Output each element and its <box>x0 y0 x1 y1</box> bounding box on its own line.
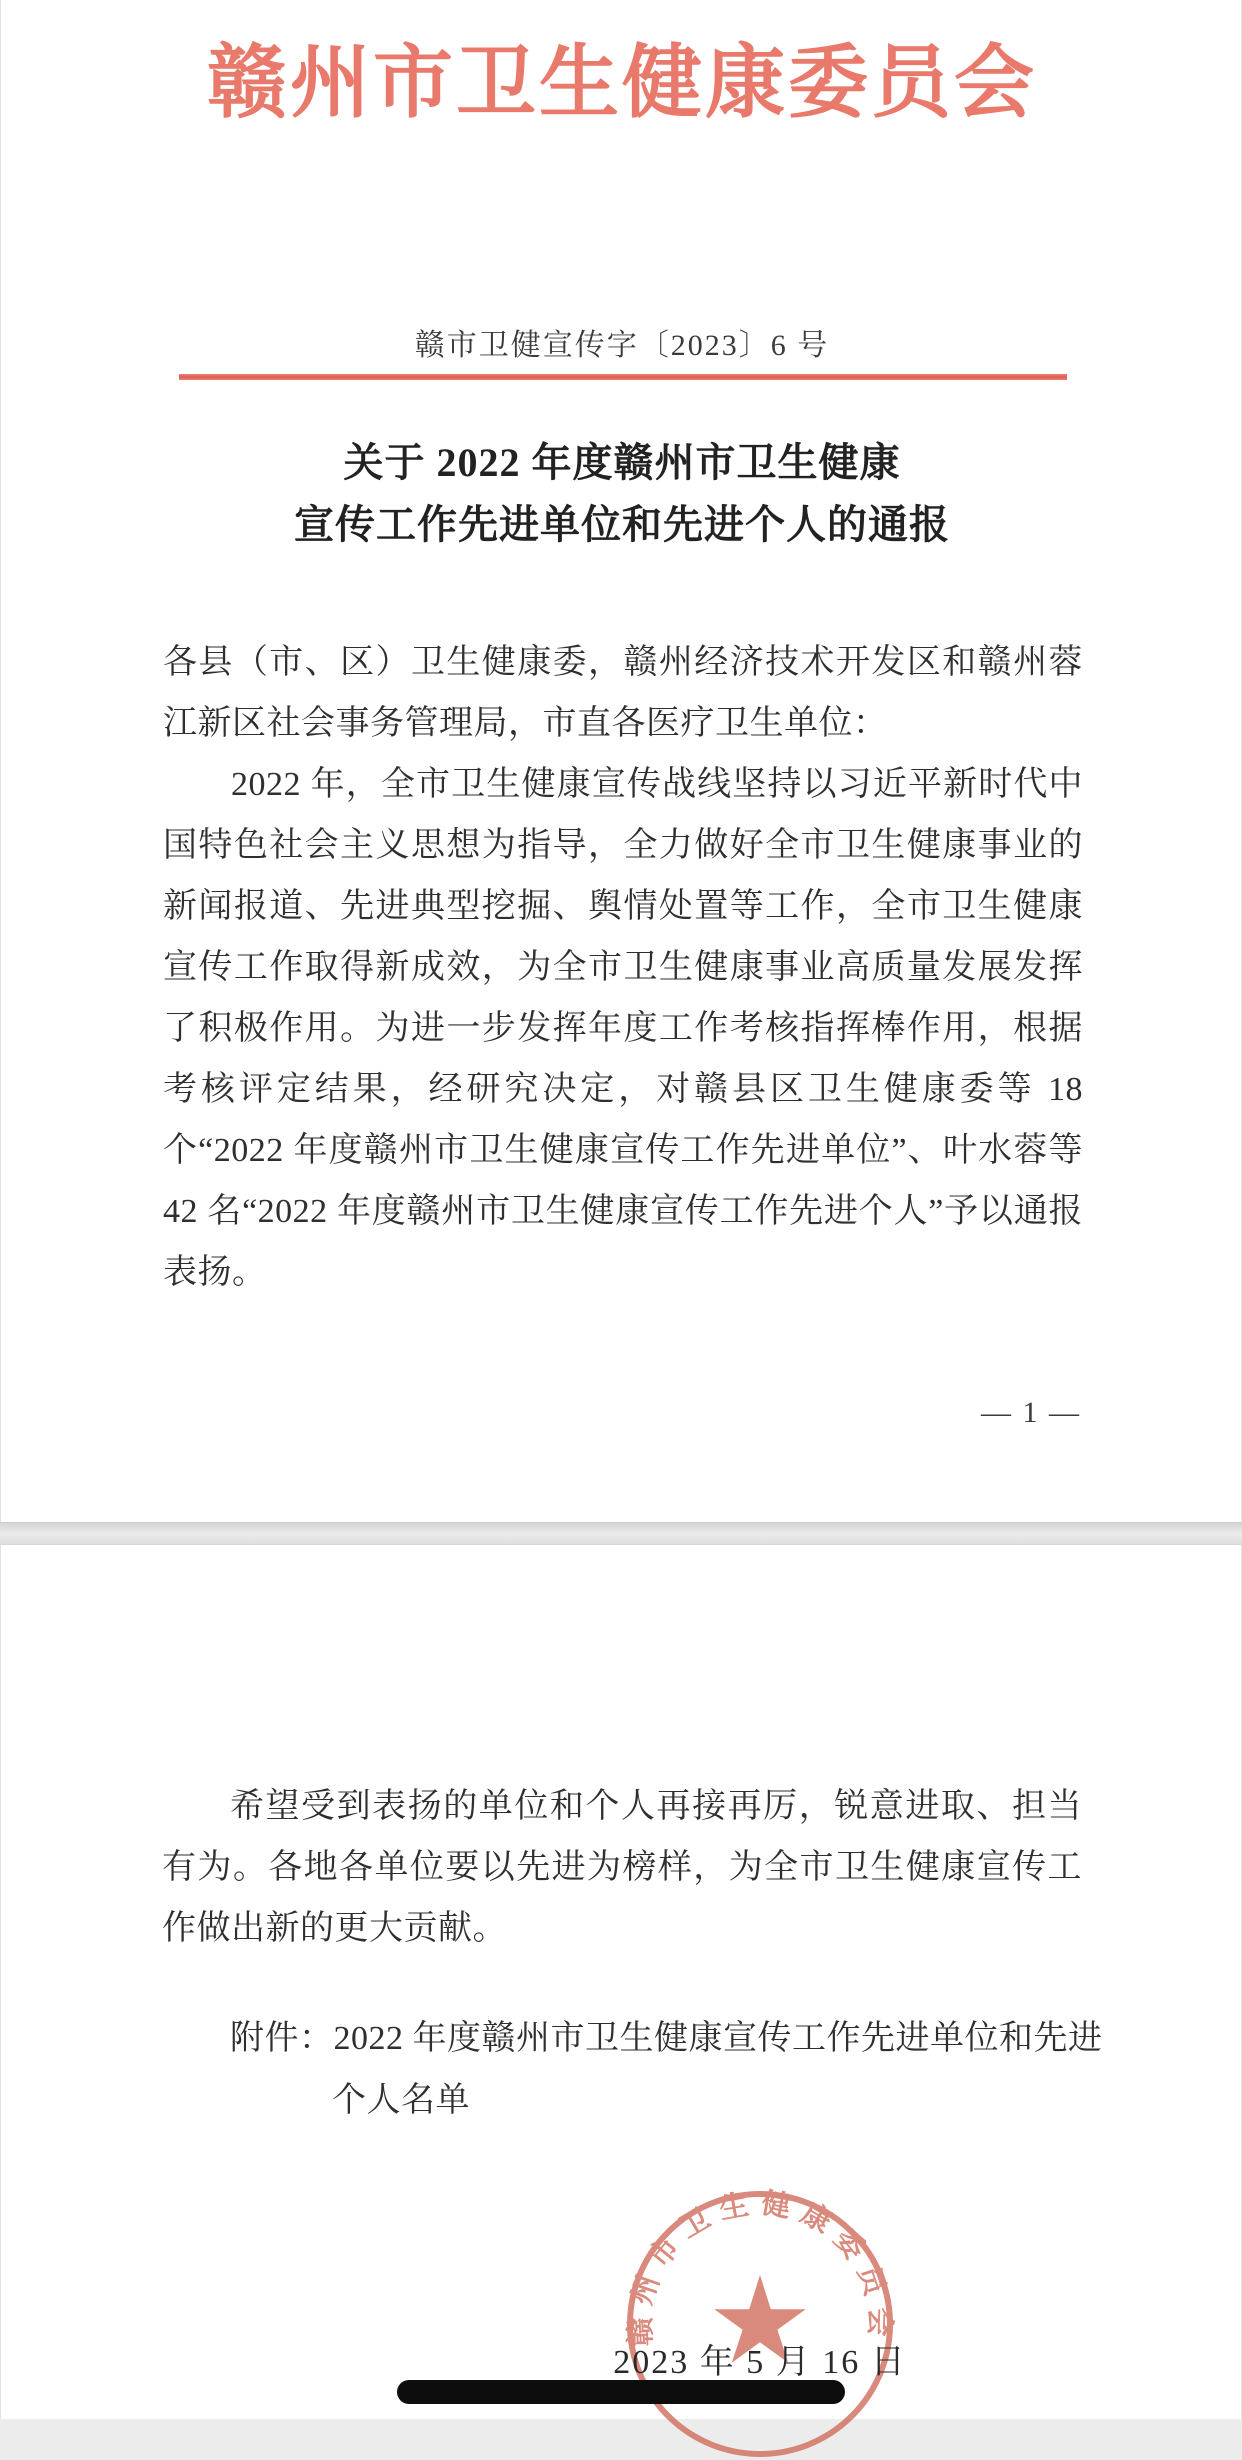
document-title-line-2: 宣传工作先进单位和先进个人的通报 <box>1 494 1242 556</box>
document-number: 赣市卫健宣传字〔2023〕6 号 <box>1 320 1242 364</box>
red-header-title: 赣州市卫生健康委员会 <box>1 18 1242 133</box>
document-page-1: 赣州市卫生健康委员会 赣市卫健宣传字〔2023〕6 号 关于 2022 年度赣州… <box>0 0 1242 1522</box>
page-gap-divider <box>0 1522 1242 1545</box>
attachment-text: 2022 年度赣州市卫生健康宣传工作先进单位和先进 <box>334 2020 1103 2057</box>
document-title-line-1: 关于 2022 年度赣州市卫生健康 <box>1 432 1242 494</box>
salutation-paragraph: 各县（市、区）卫生健康委，赣州经济技术开发区和赣州蓉江新区社会事务管理局，市直各… <box>163 632 1083 754</box>
page1-body: 各县（市、区）卫生健康委，赣州经济技术开发区和赣州蓉江新区社会事务管理局，市直各… <box>163 632 1083 1303</box>
attachment-label: 附件： <box>230 2020 334 2057</box>
attachment-block: 附件：2022 年度赣州市卫生健康宣传工作先进单位和先进 个人名单 <box>162 2008 1122 2132</box>
attachment-line-1: 附件：2022 年度赣州市卫生健康宣传工作先进单位和先进 <box>162 2008 1122 2070</box>
attachment-line-2: 个人名单 <box>162 2070 1122 2132</box>
document-title: 关于 2022 年度赣州市卫生健康 宣传工作先进单位和先进个人的通报 <box>1 432 1242 556</box>
page-number: — 1 — <box>931 1396 1131 1430</box>
red-divider-rule <box>179 374 1067 380</box>
issue-date: 2023 年 5 月 16 日 <box>560 2334 960 2383</box>
page2-body: 希望受到表扬的单位和个人再接再厉，锐意进取、担当有为。各地各单位要以先进为榜样，… <box>162 1776 1082 1959</box>
document-page-2 <box>0 1545 1242 2419</box>
redaction-bar <box>397 2380 845 2404</box>
body-paragraph-1: 2022 年，全市卫生健康宣传战线坚持以习近平新时代中国特色社会主义思想为指导，… <box>163 754 1083 1303</box>
closing-paragraph: 希望受到表扬的单位和个人再接再厉，锐意进取、担当有为。各地各单位要以先进为榜样，… <box>162 1776 1082 1959</box>
